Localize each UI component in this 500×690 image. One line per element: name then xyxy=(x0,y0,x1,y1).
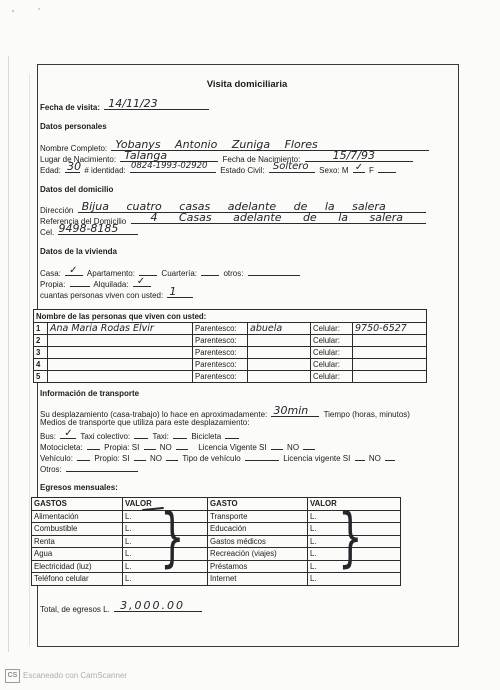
currency-label: L. xyxy=(310,512,317,521)
cuarteria-label: Cuartería: xyxy=(161,269,197,278)
estado-civil-field: Soltero xyxy=(269,163,315,173)
sexo-m-mark: ✓ xyxy=(355,162,363,173)
identidad-field: 0824-1993-02920 xyxy=(130,163,216,173)
celular-cell xyxy=(353,371,427,383)
cel-label: Cel. xyxy=(40,228,54,237)
referencia-field: 4 Casas adelante de la salera xyxy=(131,214,426,224)
edad-label: Edad: xyxy=(40,166,61,175)
persona-celular: 9750-6527 xyxy=(355,323,407,334)
fecha-visita-field: 14/11/23 xyxy=(104,100,209,110)
cel-field: 9498-8185 xyxy=(58,225,138,235)
tabla-personas-header-row: Nombre de las personas que viven con ust… xyxy=(34,310,427,323)
gasto-izq: Electricidad (luz) xyxy=(32,560,123,573)
vehiculo-licencia-label: Licencia vigente SI xyxy=(283,454,350,463)
gasto-izq: Combustible xyxy=(32,523,123,536)
gasto-izq: Renta xyxy=(32,535,123,548)
gasto-izq: Alimentación xyxy=(32,510,123,523)
sexo-label: Sexo: M xyxy=(319,166,348,175)
col-header-gastos: GASTOS xyxy=(32,498,123,511)
edad-field: 30 xyxy=(65,163,80,173)
persona-parentesco: abuela xyxy=(250,323,282,334)
section-datos-personales: Datos personales xyxy=(40,122,107,132)
gasto-der: Gastos médicos xyxy=(208,535,308,548)
row-number: 4 xyxy=(34,359,48,371)
medios-label: Medios de transporte que utiliza para es… xyxy=(40,418,249,428)
sexo-m-field: ✓ xyxy=(353,163,365,173)
celular-cell xyxy=(353,347,427,359)
currency-label: L. xyxy=(125,574,132,583)
row-number: 2 xyxy=(34,335,48,347)
taxi-field xyxy=(173,429,187,439)
desplazamiento-field: 30min xyxy=(271,407,319,417)
alquilada-mark: ✓ xyxy=(137,276,145,287)
identidad-label: # identidad: xyxy=(84,166,125,175)
celular-label-cell: Celular: xyxy=(311,359,353,371)
vehiculo-licencia-no-field xyxy=(385,451,395,461)
bus-mark: ✓ xyxy=(64,428,72,439)
bus-field: ✓ xyxy=(60,429,76,439)
row-number: 1 xyxy=(34,323,48,335)
apartamento-field xyxy=(139,266,157,276)
nombre-cell xyxy=(48,371,193,383)
currency-label: L. xyxy=(310,549,317,558)
vehiculo-no-label: NO xyxy=(150,454,162,463)
persona-nombre: Ana Maria Rodas Elvir xyxy=(50,323,154,334)
currency-label: L. xyxy=(310,574,317,583)
casa-mark: ✓ xyxy=(69,265,77,276)
tabla-personas: Nombre de las personas que viven con ust… xyxy=(33,309,427,383)
parentesco-label-cell: Parentesco: xyxy=(193,323,248,335)
moto-licencia-no-field xyxy=(303,440,315,450)
currency-label: L. xyxy=(310,562,317,571)
nombre-cell: Ana Maria Rodas Elvir xyxy=(48,323,193,335)
gasto-der: Transporte xyxy=(208,510,308,523)
vehiculo-propio-si-field xyxy=(134,451,146,461)
celular-label-cell: Celular: xyxy=(311,335,353,347)
personas-value: 1 xyxy=(169,286,176,297)
lugar-nacimiento-value: Talanga xyxy=(124,150,167,161)
currency-label: L. xyxy=(310,537,317,546)
propia-field xyxy=(70,277,90,287)
currency-label: L. xyxy=(125,549,132,558)
gasto-der: Internet xyxy=(208,573,308,586)
gasto-izq: Agua xyxy=(32,548,123,561)
scan-artifact xyxy=(12,10,14,12)
scan-artifact xyxy=(29,74,30,646)
currency-label: L. xyxy=(125,537,132,546)
parentesco-cell: abuela xyxy=(248,323,311,335)
nombre-cell xyxy=(48,359,193,371)
referencia-value: 4 Casas adelante de la salera xyxy=(151,212,404,223)
tipo-vehiculo-label: Tipo de vehículo xyxy=(182,454,240,463)
cel-value: 9498-8185 xyxy=(58,223,118,234)
total-egresos-value: 3,000.00 xyxy=(120,600,185,611)
parentesco-label-cell: Parentesco: xyxy=(193,347,248,359)
currency-label: L. xyxy=(310,524,317,533)
scan-artifact xyxy=(8,56,9,652)
moto-propia-si-field xyxy=(144,440,156,450)
cuarteria-field xyxy=(201,266,219,276)
fecha-visita-value: 14/11/23 xyxy=(108,98,157,109)
table-row: 2 Parentesco: Celular: xyxy=(34,335,427,347)
celular-cell xyxy=(353,335,427,347)
scanned-page: Visita domiciliaria Fecha de visita: 14/… xyxy=(0,0,500,690)
section-transporte: Información de transporte xyxy=(40,389,139,399)
table-row: 1 Ana Maria Rodas Elvir Parentesco: abue… xyxy=(34,323,427,335)
vehiculo-licencia-si-field xyxy=(355,451,365,461)
gasto-der: Recreación (viajes) xyxy=(208,548,308,561)
parentesco-cell xyxy=(248,347,311,359)
personas-label: cuantas personas viven con usted: xyxy=(40,291,163,300)
parentesco-label-cell: Parentesco: xyxy=(193,335,248,347)
moto-no-field xyxy=(176,440,188,450)
gasto-der: Préstamos xyxy=(208,560,308,573)
motocicleta-field xyxy=(87,440,100,450)
celular-cell xyxy=(353,359,427,371)
celular-label-cell: Celular: xyxy=(311,371,353,383)
otros-vivienda-label: otros: xyxy=(223,269,243,278)
personas-field: 1 xyxy=(167,288,193,298)
identidad-value: 0824-1993-02920 xyxy=(131,161,207,172)
nombre-cell xyxy=(48,347,193,359)
parentesco-cell xyxy=(248,359,311,371)
page-title: Visita domiciliaria xyxy=(37,80,457,90)
parentesco-label-cell: Parentesco: xyxy=(193,371,248,383)
tabla-personas-header: Nombre de las personas que viven con ust… xyxy=(34,310,427,323)
table-row: 3 Parentesco: Celular: xyxy=(34,347,427,359)
row-number: 3 xyxy=(34,347,48,359)
gasto-izq: Teléfono celular xyxy=(32,573,123,586)
desplazamiento-value: 30min xyxy=(273,405,308,416)
fecha-visita-label: Fecha de visita: xyxy=(40,103,100,112)
otros-transporte-field xyxy=(66,462,138,472)
row-number: 5 xyxy=(34,371,48,383)
celular-label-cell: Celular: xyxy=(311,347,353,359)
currency-label: L. xyxy=(125,562,132,571)
currency-label: L. xyxy=(125,524,132,533)
table-row: 4 Parentesco: Celular: xyxy=(34,359,427,371)
nombre-cell xyxy=(48,335,193,347)
casa-field: ✓ xyxy=(65,266,83,276)
vehiculo-licencia-no-label: NO xyxy=(369,454,381,463)
alquilada-field: ✓ xyxy=(133,277,151,287)
celular-label-cell: Celular: xyxy=(311,323,353,335)
vehiculo-field xyxy=(77,451,90,461)
fecha-nacimiento-value: 15/7/93 xyxy=(333,150,375,161)
estado-civil-value: Soltero xyxy=(273,161,309,172)
parentesco-cell xyxy=(248,371,311,383)
section-datos-vivienda: Datos de la vivienda xyxy=(40,247,117,257)
camscanner-caption: Escaneado con CamScanner xyxy=(23,671,127,680)
currency-label: L. xyxy=(125,512,132,521)
moto-licencia-si-field xyxy=(271,440,283,450)
total-egresos-field: 3,000.00 xyxy=(114,602,202,612)
celular-cell: 9750-6527 xyxy=(353,323,427,335)
edad-value: 30 xyxy=(67,161,81,172)
vehiculo-no-field xyxy=(166,451,178,461)
estado-civil-label: Estado Civil: xyxy=(220,166,264,175)
tipo-vehiculo-field xyxy=(245,451,279,461)
bicicleta-field xyxy=(225,429,239,439)
scan-artifact xyxy=(38,8,40,10)
desplazamiento-suffix: Tiempo (horas, minutos) xyxy=(324,410,410,419)
parentesco-label-cell: Parentesco: xyxy=(193,359,248,371)
sexo-f-label: F xyxy=(369,166,374,175)
section-datos-domicilio: Datos del domicilio xyxy=(40,185,113,195)
table-row: 5 Parentesco: Celular: xyxy=(34,371,427,383)
total-egresos-label: Total, de egresos L. xyxy=(40,605,110,614)
sexo-f-field xyxy=(378,163,396,173)
col-header-gasto: GASTO xyxy=(208,498,308,511)
gasto-der: Educación xyxy=(208,523,308,536)
otros-transporte-label: Otros: xyxy=(40,465,62,474)
parentesco-cell xyxy=(248,335,311,347)
taxi-colectivo-field xyxy=(134,429,148,439)
otros-vivienda-field xyxy=(248,266,300,276)
handwritten-brace-mark: } xyxy=(160,502,184,574)
fecha-nacimiento-field: 15/7/93 xyxy=(305,152,413,162)
handwritten-brace-mark: } xyxy=(338,502,362,574)
camscanner-logo-icon: CS xyxy=(5,669,20,683)
section-egresos: Egresos mensuales: xyxy=(40,483,118,493)
